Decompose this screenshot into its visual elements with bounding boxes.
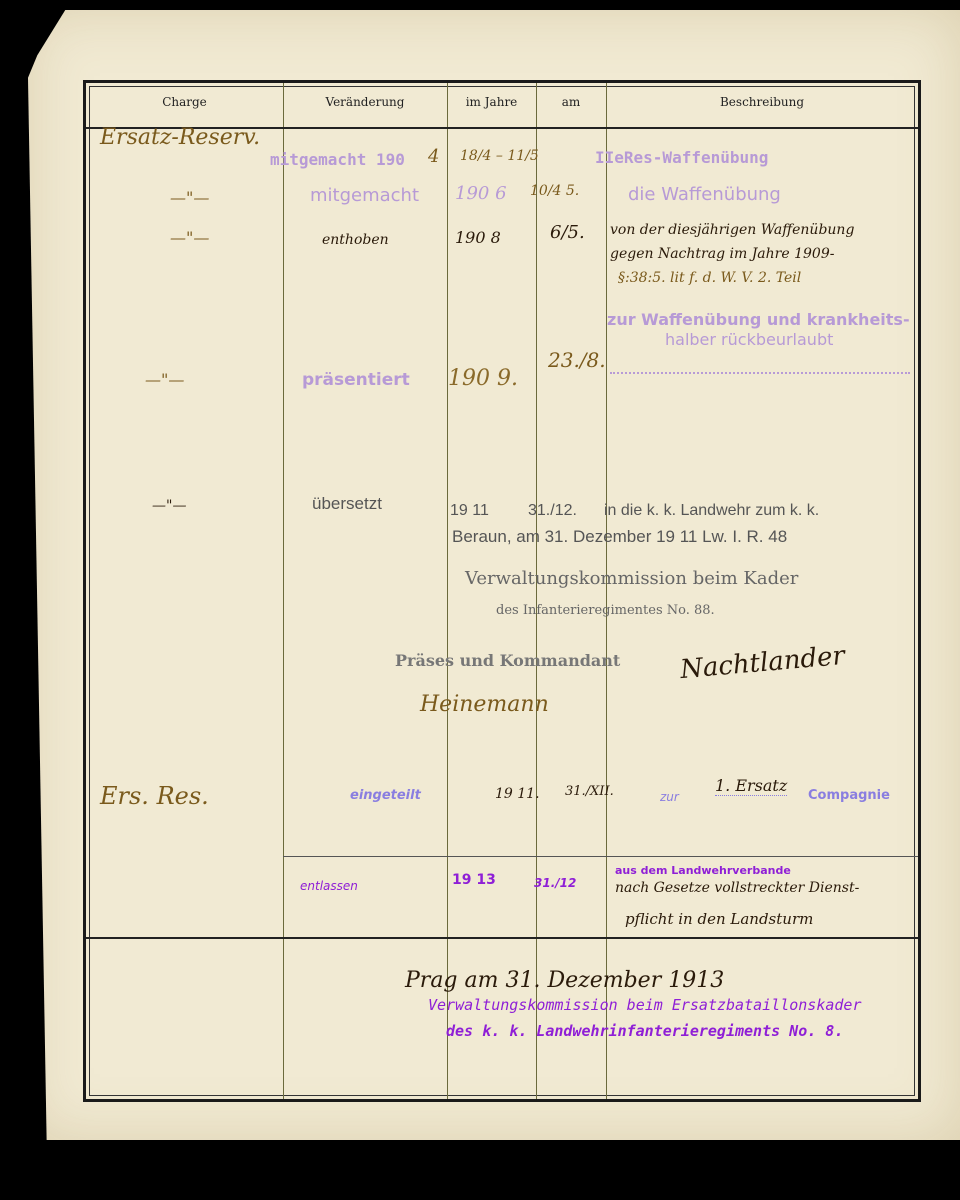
entry-3-beschreibung-1: von der diesjährigen Waffenübung [610, 222, 854, 238]
entry-1-veraenderung: mitgemacht 190 [270, 150, 405, 169]
row-rule [283, 856, 918, 857]
entry-7-beschreibung-3: pflicht in den Landsturm [625, 910, 813, 928]
entry-4-am: 23./8. [548, 348, 606, 372]
entry-4-jahr: 190 9. [448, 366, 518, 391]
dotted-line [610, 372, 910, 374]
entry-5-jahr: 19 11 [450, 502, 489, 520]
entry-3-veraenderung: enthoben [322, 232, 389, 248]
entry-1-beschreibung: IIeRes-Waffenübung [595, 148, 768, 167]
entry-7-am: 31./12 [534, 876, 576, 890]
entry-3-beschreibung-5: halber rückbeurlaubt [665, 330, 833, 349]
signature-left: Heinemann [420, 692, 549, 717]
entry-5-stamp-3: Präses und Kommandant [395, 651, 620, 670]
entry-4-charge: —"— [145, 370, 184, 389]
entry-6-charge: Ers. Res. [100, 782, 209, 810]
column-divider [447, 83, 448, 1099]
entry-5-stamp-1: Verwaltungskommission beim Kader [465, 568, 798, 589]
entry-6-am: 31./XII. [565, 784, 614, 799]
entry-5-beschreibung-2: Beraun, am 31. Dezember 19 11 Lw. I. R. … [452, 527, 787, 547]
entry-5-beschreibung-1: in die k. k. Landwehr zum k. k. [604, 502, 819, 520]
entry-3-am: 6/5. [550, 222, 585, 243]
closing-stamp-1: Verwaltungskommission beim Ersatzbataill… [428, 996, 861, 1014]
entry-7-jahr: 19 13 [452, 872, 496, 888]
column-divider [283, 83, 284, 1099]
column-divider [606, 83, 607, 1099]
entry-6-veraenderung: eingeteilt [350, 788, 421, 803]
entry-3-charge: —"— [170, 228, 209, 247]
entry-3-jahr: 190 8 [455, 228, 501, 247]
entry-5-am: 31./12. [528, 502, 577, 520]
header-charge: Charge [86, 95, 283, 109]
header-veraenderung: Veränderung [283, 95, 447, 109]
closing-stamp-2: des k. k. Landwehrinfanterieregiments No… [446, 1022, 843, 1040]
entry-2-charge: —"— [170, 188, 209, 207]
entry-7-beschreibung-1: aus dem Landwehrverbande [615, 864, 791, 877]
entry-6-beschreibung-prefix: zur [660, 790, 679, 804]
entry-7-veraenderung: entlassen [300, 879, 358, 893]
entry-5-stamp-2: des Infanterieregimentes No. 88. [496, 603, 715, 618]
entry-5-charge: —"— [152, 498, 186, 514]
entry-2-jahr: 190 6 [455, 183, 507, 204]
entry-1-am: 18/4 – 11/5 [460, 148, 539, 164]
header-beschreibung: Beschreibung [606, 95, 918, 109]
entry-2-veraenderung: mitgemacht [310, 185, 419, 206]
header-am: am [536, 95, 606, 109]
entry-7-beschreibung-2: nach Gesetze vollstreckter Dienst- [615, 880, 859, 896]
entry-2-am: 10/4 5. [530, 183, 579, 199]
entry-6-jahr: 19 11. [495, 786, 540, 802]
column-divider [536, 83, 537, 1099]
entry-3-beschreibung-4: zur Waffenübung und krankheits- [607, 310, 910, 329]
entry-3-beschreibung-3: §:38:5. lit f. d. W. V. 2. Teil [618, 270, 801, 286]
entry-1-jahr: 4 [428, 146, 439, 167]
closing-place-date: Prag am 31. Dezember 1913 [405, 968, 724, 993]
entry-5-veraenderung: übersetzt [312, 494, 382, 514]
row-rule [86, 937, 918, 939]
entry-6-beschreibung-suffix: Compagnie [808, 788, 890, 803]
entry-3-beschreibung-2: gegen Nachtrag im Jahre 1909- [610, 246, 834, 262]
entry-1-charge: Ersatz-Reserv. [100, 125, 260, 150]
header-im-jahre: im Jahre [447, 95, 536, 109]
entry-4-veraenderung: präsentiert [302, 370, 410, 390]
entry-2-beschreibung: die Waffenübung [628, 184, 781, 205]
entry-6-beschreibung-fill: 1. Ersatz [715, 776, 787, 796]
